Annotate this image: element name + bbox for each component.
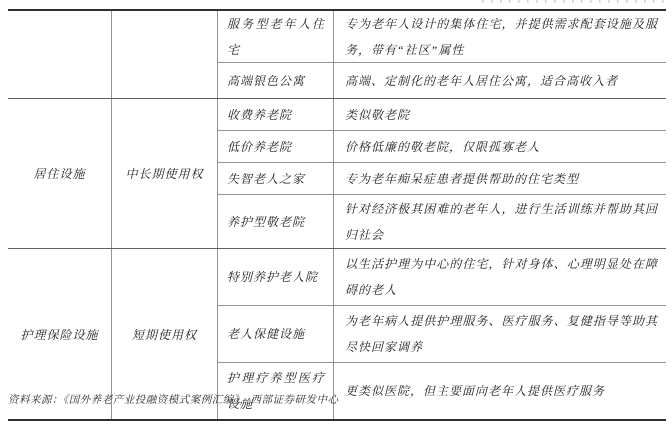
facility-label: 老人保健设施: [227, 321, 325, 347]
facility-label: 护理疗养型医疗设施: [227, 365, 325, 417]
facility-table: 服务型老年人住宅 专为老年人设计的集体住宅，并提供需求配套设施及服务，带有“社区…: [8, 9, 666, 421]
tenure-cell: [112, 11, 218, 98]
source-note: 资料来源：《国外养老产业投融资模式案例汇编》，西部证券研发中心: [8, 392, 339, 407]
description-cell: 针对经济极其困难的老年人，进行生活训练并帮助其回归社会: [334, 195, 666, 248]
description-text: 以生活护理为中心的住宅，针对身体、心理明显处在障碍的老人: [345, 251, 658, 303]
facility-label: 养护型敬老院: [227, 209, 325, 235]
facility-cell: 失智老人之家: [218, 163, 334, 194]
report-page: 服务型老年人住宅 专为老年人设计的集体住宅，并提供需求配套设施及服务，带有“社区…: [0, 0, 672, 425]
table-row: 护理疗养型医疗设施 更类似医院，但主要面向老年人提供医疗服务: [218, 362, 666, 419]
facility-cell: 老人保健设施: [218, 306, 334, 362]
table-row: 特别养护老人院 以生活护理为中心的住宅，针对身体、心理明显处在障碍的老人: [218, 249, 666, 305]
description-text: 专为老年痴呆症患者提供帮助的住宅类型: [345, 166, 658, 192]
facility-label: 失智老人之家: [227, 166, 325, 192]
facility-label: 低价养老院: [227, 134, 325, 160]
table-row: 服务型老年人住宅 专为老年人设计的集体住宅，并提供需求配套设施及服务，带有“社区…: [218, 11, 666, 62]
description-text: 为老年病人提供护理服务、医疗服务、复健指导等助其尽快回家调养: [345, 308, 658, 360]
table-section: 居住设施 中长期使用权 收费养老院 类似敬老院 低价养老院 价格低廉的敬老院，仅…: [8, 98, 666, 248]
table-row: 收费养老院 类似敬老院: [218, 99, 666, 130]
table-row: 高端银色公寓 高端、定制化的老年人居住公寓，适合高收入者: [218, 62, 666, 98]
facility-cell: 服务型老年人住宅: [218, 11, 334, 62]
table-row: 养护型敬老院 针对经济极其困难的老年人，进行生活训练并帮助其回归社会: [218, 194, 666, 248]
facility-label: 收费养老院: [227, 102, 325, 128]
description-text: 针对经济极其困难的老年人，进行生活训练并帮助其回归社会: [345, 196, 658, 248]
facility-label: 服务型老年人住宅: [227, 11, 325, 63]
description-cell: 类似敬老院: [334, 99, 666, 130]
facility-label: 高端银色公寓: [227, 68, 325, 94]
description-text: 价格低廉的敬老院，仅限孤寡老人: [345, 134, 658, 160]
category-cell: 居住设施: [8, 99, 112, 248]
facility-cell: 特别养护老人院: [218, 249, 334, 305]
facility-cell: 养护型敬老院: [218, 195, 334, 248]
facility-cell: 护理疗养型医疗设施: [218, 363, 334, 419]
table-section: 服务型老年人住宅 专为老年人设计的集体住宅，并提供需求配套设施及服务，带有“社区…: [8, 11, 666, 98]
facility-cell: 高端银色公寓: [218, 63, 334, 98]
description-cell: 专为老年人设计的集体住宅，并提供需求配套设施及服务，带有“社区”属性: [334, 11, 666, 62]
description-text: 高端、定制化的老年人居住公寓，适合高收入者: [345, 68, 658, 94]
facility-cell: 低价养老院: [218, 131, 334, 162]
description-cell: 更类似医院，但主要面向老年人提供医疗服务: [334, 363, 666, 419]
description-cell: 高端、定制化的老年人居住公寓，适合高收入者: [334, 63, 666, 98]
description-cell: 专为老年痴呆症患者提供帮助的住宅类型: [334, 163, 666, 194]
table-row: 失智老人之家 专为老年痴呆症患者提供帮助的住宅类型: [218, 162, 666, 194]
tenure-cell: 中长期使用权: [112, 99, 218, 248]
description-text: 专为老年人设计的集体住宅，并提供需求配套设施及服务，带有“社区”属性: [345, 11, 658, 63]
description-text: 类似敬老院: [345, 102, 658, 128]
facility-cell: 收费养老院: [218, 99, 334, 130]
category-cell: [8, 11, 112, 98]
table-row: 老人保健设施 为老年病人提供护理服务、医疗服务、复健指导等助其尽快回家调养: [218, 305, 666, 362]
section-rows: 服务型老年人住宅 专为老年人设计的集体住宅，并提供需求配套设施及服务，带有“社区…: [218, 11, 666, 98]
section-rows: 收费养老院 类似敬老院 低价养老院 价格低廉的敬老院，仅限孤寡老人 失智老人之家…: [218, 99, 666, 248]
description-cell: 价格低廉的敬老院，仅限孤寡老人: [334, 131, 666, 162]
description-cell: 以生活护理为中心的住宅，针对身体、心理明显处在障碍的老人: [334, 249, 666, 305]
facility-label: 特别养护老人院: [227, 264, 325, 290]
description-cell: 为老年病人提供护理服务、医疗服务、复健指导等助其尽快回家调养: [334, 306, 666, 362]
table-row: 低价养老院 价格低廉的敬老院，仅限孤寡老人: [218, 130, 666, 162]
cropped-text-artifact: [482, 0, 668, 3]
description-text: 更类似医院，但主要面向老年人提供医疗服务: [345, 378, 658, 404]
